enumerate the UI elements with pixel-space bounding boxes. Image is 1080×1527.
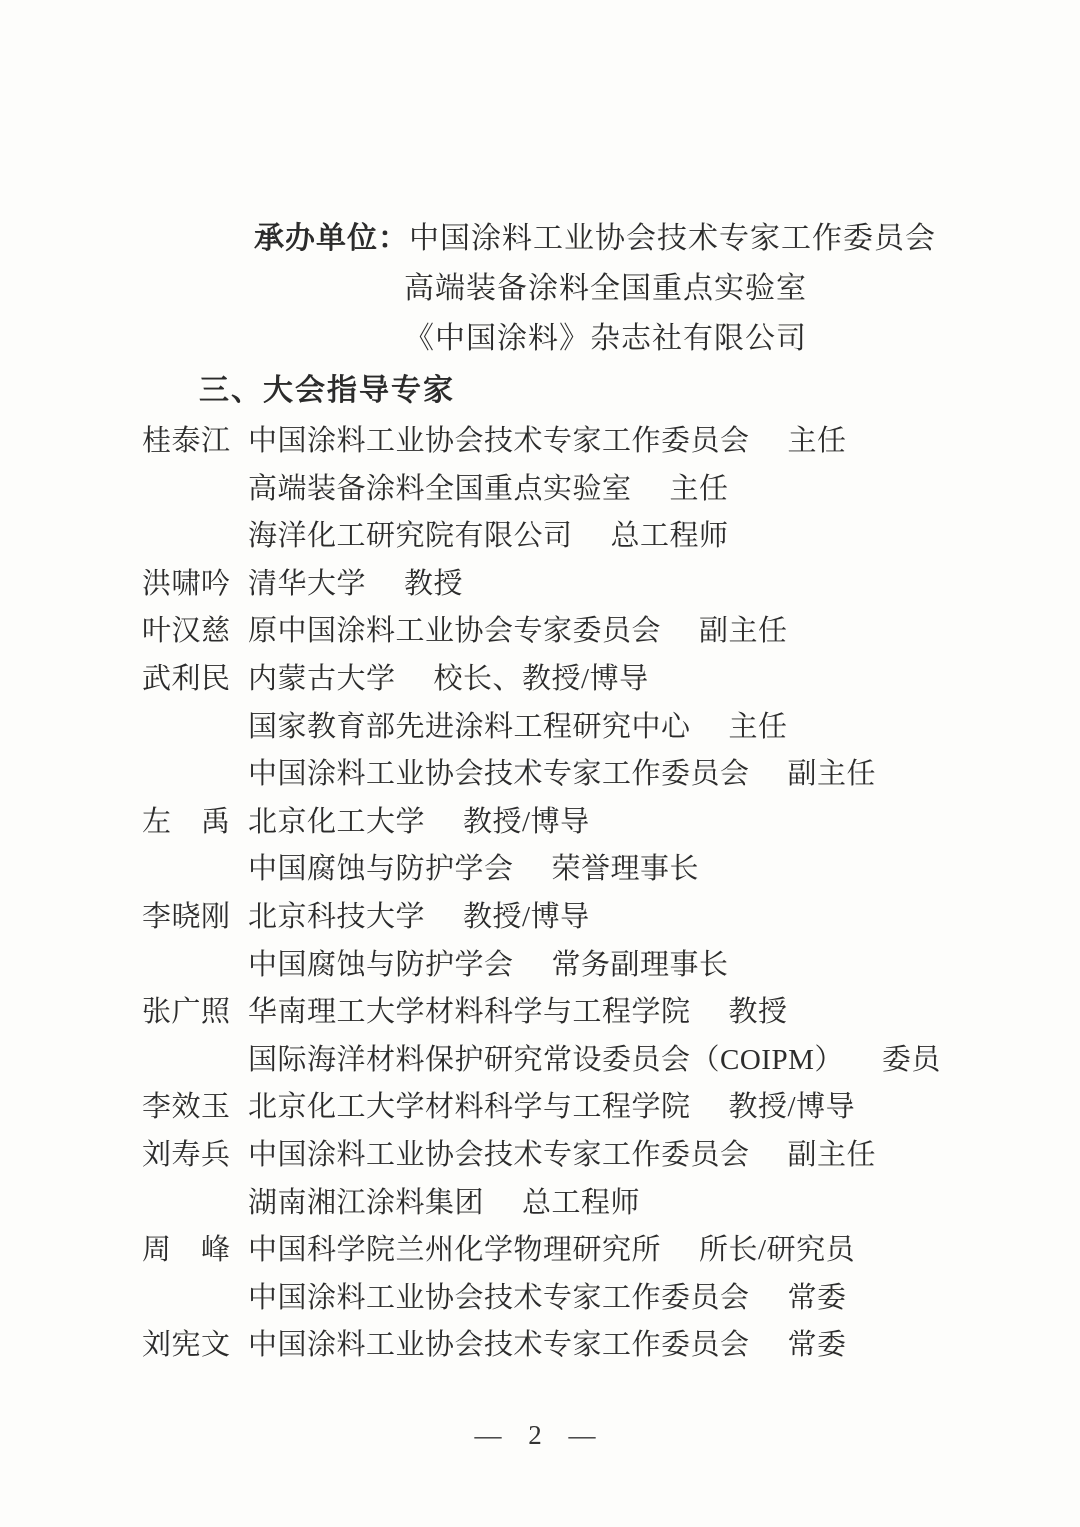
- expert-title: 教授/博导: [729, 1084, 856, 1132]
- expert-title: 总工程师: [522, 1180, 640, 1228]
- expert-title: 副主任: [788, 751, 877, 799]
- expert-org: 国际海洋材料保护研究常设委员会（COIPM）: [248, 1037, 844, 1085]
- host-org-row: 承办单位： 中国涂料工业协会技术专家工作委员会: [254, 214, 1022, 264]
- expert-title: 教授/博导: [463, 894, 590, 942]
- expert-row: 中国腐蚀与防护学会 荣誉理事长: [142, 846, 1022, 894]
- expert-org: 中国涂料工业协会技术专家工作委员会: [248, 1275, 750, 1323]
- expert-org: 海洋化工研究院有限公司: [248, 513, 573, 561]
- expert-name: 左 禹: [142, 799, 248, 847]
- host-organizations-section: 承办单位： 中国涂料工业协会技术专家工作委员会 高端装备涂料全国重点实验室 《中…: [254, 214, 1022, 364]
- expert-title: 主任: [729, 704, 788, 752]
- expert-row: 张广照 华南理工大学材料科学与工程学院 教授: [142, 989, 1022, 1037]
- expert-name: [142, 466, 248, 514]
- expert-row: 湖南湘江涂料集团 总工程师: [142, 1180, 1022, 1228]
- expert-row: 国际海洋材料保护研究常设委员会（COIPM） 委员: [142, 1037, 1022, 1085]
- page-number: — 2 —: [0, 1420, 1080, 1451]
- expert-name: [142, 751, 248, 799]
- expert-name: [142, 846, 248, 894]
- expert-row: 左 禹 北京化工大学 教授/博导: [142, 799, 1022, 847]
- expert-row: 洪啸吟 清华大学 教授: [142, 561, 1022, 609]
- expert-name: 武利民: [142, 656, 248, 704]
- experts-list: 桂泰江 中国涂料工业协会技术专家工作委员会 主任 高端装备涂料全国重点实验室 主…: [142, 418, 1022, 1370]
- expert-name: 洪啸吟: [142, 561, 248, 609]
- expert-row: 刘寿兵 中国涂料工业协会技术专家工作委员会 副主任: [142, 1132, 1022, 1180]
- expert-org: 原中国涂料工业协会专家委员会: [248, 608, 661, 656]
- document-page: 承办单位： 中国涂料工业协会技术专家工作委员会 高端装备涂料全国重点实验室 《中…: [0, 0, 1080, 1527]
- expert-row: 刘宪文 中国涂料工业协会技术专家工作委员会 常委: [142, 1322, 1022, 1370]
- expert-name: 刘寿兵: [142, 1132, 248, 1180]
- expert-org: 华南理工大学材料科学与工程学院: [248, 989, 691, 1037]
- expert-title: 常务副理事长: [552, 942, 729, 990]
- expert-org: 中国腐蚀与防护学会: [248, 942, 514, 990]
- expert-row: 中国涂料工业协会技术专家工作委员会 副主任: [142, 751, 1022, 799]
- expert-org: 清华大学: [248, 561, 366, 609]
- host-org-line: 中国涂料工业协会技术专家工作委员会: [409, 214, 936, 264]
- expert-title: 常委: [788, 1322, 847, 1370]
- expert-row: 武利民 内蒙古大学 校长、教授/博导: [142, 656, 1022, 704]
- expert-title: 教授/博导: [463, 799, 590, 847]
- host-org-row: 《中国涂料》杂志社有限公司: [254, 314, 1022, 364]
- expert-title: 荣誉理事长: [552, 846, 700, 894]
- expert-title: 主任: [670, 466, 729, 514]
- expert-name: [142, 513, 248, 561]
- expert-org: 中国科学院兰州化学物理研究所: [248, 1227, 661, 1275]
- expert-title: 校长、教授/博导: [434, 656, 649, 704]
- expert-row: 海洋化工研究院有限公司 总工程师: [142, 513, 1022, 561]
- expert-name: 张广照: [142, 989, 248, 1037]
- expert-org: 中国腐蚀与防护学会: [248, 846, 514, 894]
- expert-title: 副主任: [788, 1132, 877, 1180]
- section-heading-experts: 三、大会指导专家: [199, 370, 1022, 412]
- expert-org: 中国涂料工业协会技术专家工作委员会: [248, 418, 750, 466]
- expert-org: 内蒙古大学: [248, 656, 396, 704]
- expert-title: 总工程师: [611, 513, 729, 561]
- expert-org: 北京化工大学材料科学与工程学院: [248, 1084, 691, 1132]
- expert-title: 教授: [404, 561, 463, 609]
- expert-row: 高端装备涂料全国重点实验室 主任: [142, 466, 1022, 514]
- expert-row: 叶汉慈 原中国涂料工业协会专家委员会 副主任: [142, 608, 1022, 656]
- expert-row: 李晓刚 北京科技大学 教授/博导: [142, 894, 1022, 942]
- expert-name: 桂泰江: [142, 418, 248, 466]
- expert-title: 所长/研究员: [699, 1227, 855, 1275]
- host-org-row: 高端装备涂料全国重点实验室: [254, 264, 1022, 314]
- host-label: 承办单位：: [254, 214, 409, 264]
- expert-title: 副主任: [699, 608, 788, 656]
- expert-name: [142, 1275, 248, 1323]
- expert-title: 主任: [788, 418, 847, 466]
- expert-org: 国家教育部先进涂料工程研究中心: [248, 704, 691, 752]
- expert-org: 高端装备涂料全国重点实验室: [248, 466, 632, 514]
- expert-org: 中国涂料工业协会技术专家工作委员会: [248, 751, 750, 799]
- expert-name: [142, 1180, 248, 1228]
- expert-name: 周 峰: [142, 1227, 248, 1275]
- expert-row: 中国腐蚀与防护学会 常务副理事长: [142, 942, 1022, 990]
- expert-org: 中国涂料工业协会技术专家工作委员会: [248, 1322, 750, 1370]
- expert-title: 教授: [729, 989, 788, 1037]
- expert-title: 常委: [788, 1275, 847, 1323]
- expert-title: 委员: [882, 1037, 941, 1085]
- expert-row: 中国涂料工业协会技术专家工作委员会 常委: [142, 1275, 1022, 1323]
- expert-name: [142, 1037, 248, 1085]
- expert-org: 中国涂料工业协会技术专家工作委员会: [248, 1132, 750, 1180]
- expert-name: 叶汉慈: [142, 608, 248, 656]
- expert-org: 湖南湘江涂料集团: [248, 1180, 484, 1228]
- host-org-line: 高端装备涂料全国重点实验室: [404, 264, 807, 314]
- expert-row: 李效玉 北京化工大学材料科学与工程学院 教授/博导: [142, 1084, 1022, 1132]
- expert-name: 刘宪文: [142, 1322, 248, 1370]
- expert-row: 国家教育部先进涂料工程研究中心 主任: [142, 704, 1022, 752]
- expert-name: [142, 942, 248, 990]
- expert-row: 桂泰江 中国涂料工业协会技术专家工作委员会 主任: [142, 418, 1022, 466]
- host-org-line: 《中国涂料》杂志社有限公司: [404, 314, 807, 364]
- expert-org: 北京科技大学: [248, 894, 425, 942]
- expert-name: [142, 704, 248, 752]
- expert-name: 李效玉: [142, 1084, 248, 1132]
- document-content: 承办单位： 中国涂料工业协会技术专家工作委员会 高端装备涂料全国重点实验室 《中…: [142, 214, 1022, 1370]
- expert-row: 周 峰 中国科学院兰州化学物理研究所 所长/研究员: [142, 1227, 1022, 1275]
- expert-org: 北京化工大学: [248, 799, 425, 847]
- expert-name: 李晓刚: [142, 894, 248, 942]
